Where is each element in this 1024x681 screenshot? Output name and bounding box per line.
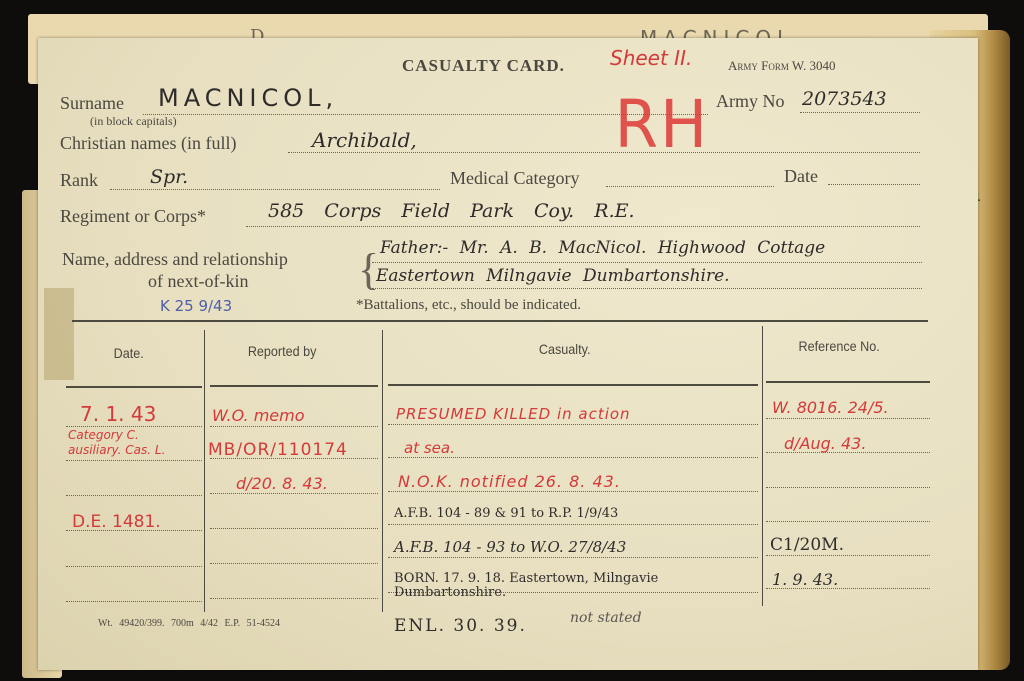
regiment-label: Regiment or Corps* — [60, 206, 206, 227]
row-3-reported-by[interactable]: d/20. 8. 43. — [236, 474, 328, 493]
row-2-reference[interactable]: d/Aug. 43. — [784, 434, 866, 453]
row-line — [210, 493, 378, 494]
row-line — [210, 528, 378, 529]
row-line — [66, 460, 202, 461]
nok-label-line1: Name, address and relationship — [62, 249, 288, 270]
col-divider-3 — [762, 326, 763, 606]
column-header-reported-by: Reported by — [248, 343, 317, 359]
surname-label: Surname — [60, 93, 124, 114]
row-2-casualty[interactable]: at sea. — [404, 439, 455, 457]
nok-value-line1[interactable]: Father:- Mr. A. B. MacNicol. Highwood Co… — [380, 238, 825, 258]
column-header-reference: Reference No. — [799, 338, 880, 354]
row-line — [66, 426, 202, 427]
row-line — [210, 426, 378, 427]
row-line — [388, 424, 758, 425]
nok-value-line2[interactable]: Eastertown Milngavie Dumbartonshire. — [376, 266, 730, 286]
row-3-casualty[interactable]: N.O.K. notified 26. 8. 43. — [398, 472, 621, 491]
row-line — [210, 598, 378, 599]
christian-names-value[interactable]: Archibald, — [312, 128, 417, 152]
header-rule-2 — [210, 385, 378, 387]
regiment-line — [246, 226, 920, 227]
row-2-reported-by[interactable]: MB/OR/110174 — [208, 440, 348, 460]
row-line — [388, 557, 758, 558]
row-1-reference[interactable]: W. 8016. 24/5. — [772, 398, 889, 417]
row-1-reported-by[interactable]: W.O. memo — [212, 406, 305, 425]
christian-names-label: Christian names (in full) — [60, 133, 236, 154]
army-form-number: Army Form W. 3040 — [728, 58, 835, 74]
surname-line — [143, 114, 708, 115]
row-4-casualty[interactable]: A.F.B. 104 - 89 & 91 to R.P. 1/9/43 — [394, 506, 618, 521]
row-5-casualty[interactable]: A.F.B. 104 - 93 to W.O. 27/8/43 — [394, 538, 626, 556]
row-4-date[interactable]: D.E. 1481. — [72, 512, 161, 532]
file-reference: K 25 9/43 — [160, 297, 232, 315]
row-line — [766, 521, 930, 522]
column-header-date: Date. — [114, 345, 144, 361]
date-label: Date — [784, 166, 818, 187]
printer-imprint: Wt. 49420/399. 700m 4/42 E.P. 51-4524 — [98, 618, 280, 629]
header-rule-3 — [388, 384, 758, 386]
enlistment-note-suffix[interactable]: not stated — [570, 610, 642, 626]
row-line — [210, 563, 378, 564]
row-6-casualty[interactable]: BORN. 17. 9. 18. Eastertown, Milngavie D… — [394, 572, 734, 600]
nok-line-1 — [372, 262, 922, 263]
enlistment-note[interactable]: ENL. 30. 39. — [394, 616, 527, 636]
row-line — [388, 457, 758, 458]
army-no-label: Army No — [716, 91, 785, 112]
header-rule-1 — [66, 386, 202, 388]
col-divider-2 — [382, 330, 383, 612]
card-title: CASUALTY CARD. — [402, 56, 565, 76]
army-no-line — [800, 112, 920, 113]
row-1-date[interactable]: 7. 1. 43 — [80, 402, 156, 426]
row-line — [66, 566, 202, 567]
rank-label: Rank — [60, 170, 98, 191]
row-5-reference[interactable]: C1/20M. — [770, 535, 844, 555]
footnote: *Battalions, etc., should be indicated. — [356, 297, 581, 314]
row-line — [66, 495, 202, 496]
surname-value[interactable]: MACNICOL, — [158, 84, 338, 112]
nok-line-2 — [372, 288, 922, 289]
tape-strip — [44, 288, 74, 380]
row-line — [388, 491, 758, 492]
col-divider-1 — [204, 330, 205, 612]
header-rule-4 — [766, 381, 930, 383]
sheet-annotation: Sheet II. — [610, 46, 692, 70]
row-line — [766, 555, 930, 556]
date-line[interactable] — [828, 184, 920, 185]
row-1-casualty[interactable]: PRESUMED KILLED in action — [396, 405, 631, 423]
column-header-casualty: Casualty. — [539, 341, 591, 357]
table-top-rule — [72, 320, 928, 322]
medical-category-line[interactable] — [606, 186, 774, 187]
medical-category-label: Medical Category — [450, 168, 579, 189]
army-no-value[interactable]: 2073543 — [802, 88, 887, 110]
row-line — [388, 524, 758, 525]
regiment-value[interactable]: 585 Corps Field Park Coy. R.E. — [268, 200, 635, 222]
surname-sublabel: (in block capitals) — [90, 114, 177, 129]
row-line — [66, 601, 202, 602]
rank-value[interactable]: Spr. — [150, 166, 188, 188]
row-line — [766, 418, 930, 419]
nok-label-line2: of next-of-kin — [148, 271, 248, 292]
rank-line — [110, 189, 440, 190]
row-6-reference[interactable]: 1. 9. 43. — [772, 570, 838, 589]
row-2-date-note[interactable]: Category C. ausiliary. Cas. L. — [68, 428, 178, 458]
row-line — [766, 487, 930, 488]
christian-names-line — [288, 152, 920, 153]
